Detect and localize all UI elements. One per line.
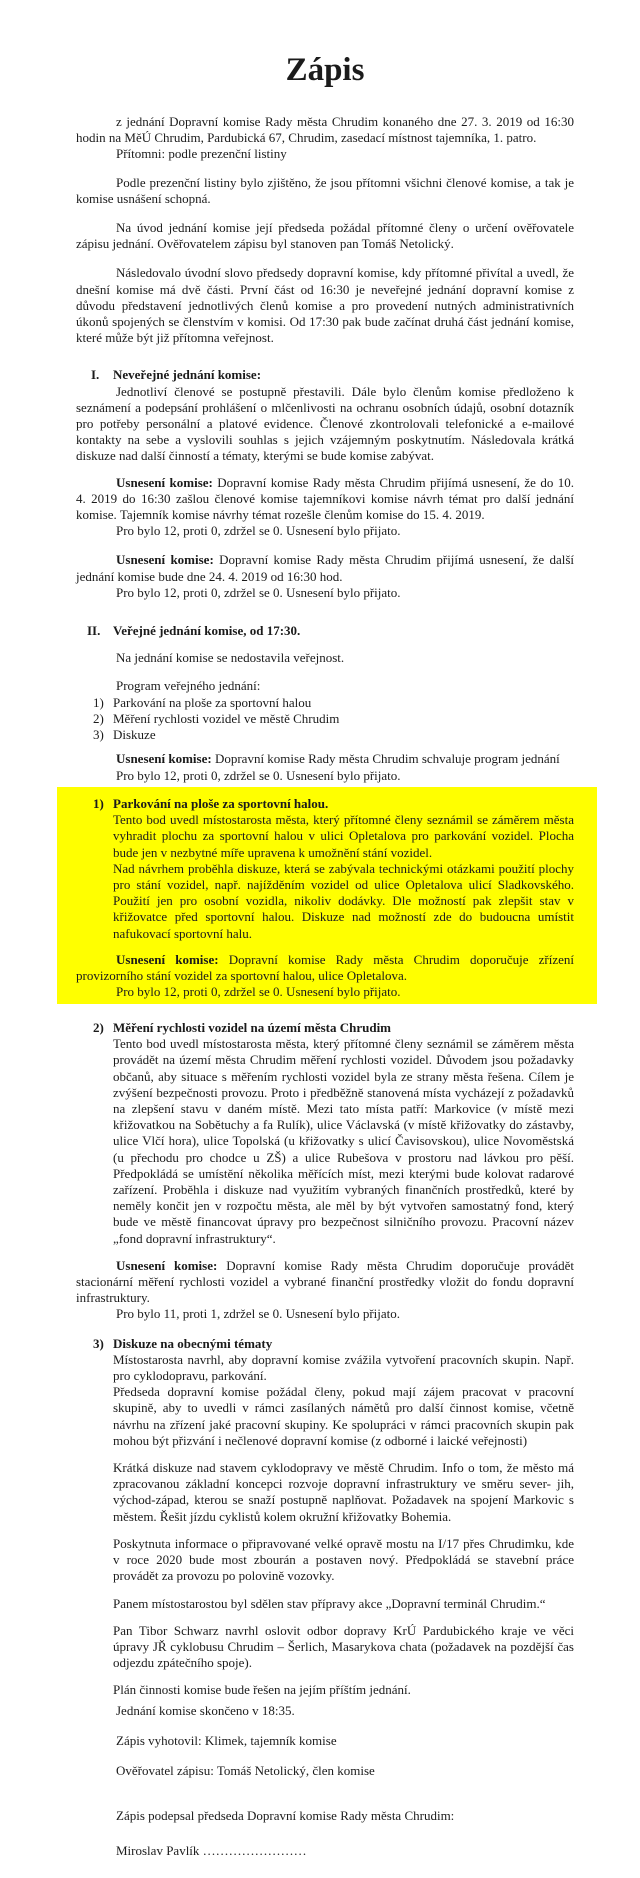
verifier-line: Ověřovatel zápisu: Tomáš Netolický, člen… <box>76 1763 574 1779</box>
resolution-label: Usnesení komise: <box>116 552 214 567</box>
quorum-paragraph: Podle prezenční listiny bylo zjištěno, ž… <box>76 175 574 207</box>
document-top-section: Zápis z jednání Dopravní komise Rady měs… <box>76 0 574 784</box>
resolution-label: Usnesení komise: <box>116 1258 217 1273</box>
agenda-item-2-resolution: Usnesení komise: Dopravní komise Rady mě… <box>76 1258 574 1307</box>
resolution-label: Usnesení komise: <box>116 475 213 490</box>
agenda-item-1-heading: 1)Parkování na ploše za sportovní halou. <box>76 796 574 812</box>
highlight-block-agenda-item-1: 1)Parkování na ploše za sportovní halou.… <box>57 787 597 1004</box>
signature-line: Miroslav Pavlík …………………… <box>76 1843 574 1859</box>
verifier-paragraph: Na úvod jednání komise její předseda pož… <box>76 220 574 252</box>
agenda-item-1-number: 1) <box>93 796 104 812</box>
agenda-item-2-heading: 2)Měření rychlosti vozidel na území měst… <box>76 1020 574 1036</box>
agenda-item-1-paragraph-1: Tento bod uvedl místostarosta města, kte… <box>113 812 574 861</box>
document-title: Zápis <box>76 50 574 90</box>
agenda-item-3-paragraph-6: Pan Tibor Schwarz navrhl oslovit odbor d… <box>113 1623 574 1672</box>
attendees-line: Přítomni: podle prezenční listiny <box>76 146 574 162</box>
signed-note-line: Zápis podepsal předseda Dopravní komise … <box>76 1808 574 1824</box>
agenda-item-2-number: 2) <box>93 1020 104 1036</box>
section-2-heading: II.Veřejné jednání komise, od 17:30. <box>76 623 574 639</box>
agenda-item-3-paragraph-2: Předseda dopravní komise požádal členy, … <box>113 1384 574 1449</box>
resolution-1-paragraph: Usnesení komise: Dopravní komise Rady mě… <box>76 475 574 524</box>
document-closing-section: Jednání komise skončeno v 18:35. Zápis v… <box>76 1703 574 1859</box>
program-item-1: 1)Parkování na ploše za sportovní halou <box>76 695 574 711</box>
agenda-item-2-paragraph: Tento bod uvedl místostarosta města, kte… <box>113 1036 574 1247</box>
agenda-item-3-number: 3) <box>93 1336 104 1352</box>
resolution-label: Usnesení komise: <box>116 952 219 967</box>
agenda-item-3-paragraph-3: Krátká diskuze nad stavem cyklodopravy v… <box>113 1460 574 1525</box>
agenda-item-1-paragraph-2: Nad návrhem proběhla diskuze, která se z… <box>113 861 574 942</box>
resolution-2-paragraph: Usnesení komise: Dopravní komise Rady mě… <box>76 552 574 584</box>
program-item-3-number: 3) <box>93 727 104 743</box>
no-public-line: Na jednání komise se nedostavila veřejno… <box>76 650 574 666</box>
agenda-item-3-paragraph-7: Plán činnosti komise bude řešen na jejím… <box>113 1682 574 1698</box>
program-item-3: 3)Diskuze <box>76 727 574 743</box>
section-1-number: I. <box>91 367 99 383</box>
scanned-minutes-page: Zápis z jednání Dopravní komise Rady měs… <box>0 0 640 1878</box>
program-item-2: 2)Měření rychlosti vozidel ve městě Chru… <box>76 711 574 727</box>
program-title: Program veřejného jednání: <box>76 678 574 694</box>
agenda-item-3-paragraph-1: Místostarosta navrhl, aby dopravní komis… <box>113 1352 574 1384</box>
document-middle-section: 2)Měření rychlosti vozidel na území měst… <box>76 1004 574 1699</box>
program-resolution-paragraph: Usnesení komise: Dopravní komise Rady mě… <box>76 751 574 767</box>
section-1-body: Jednotliví členové se postupně přestavil… <box>76 384 574 465</box>
vote-line: Pro bylo 11, proti 1, zdržel se 0. Usnes… <box>116 1306 574 1322</box>
vote-line: Pro bylo 12, proti 0, zdržel se 0. Usnes… <box>116 523 574 539</box>
vote-line: Pro bylo 12, proti 0, zdržel se 0. Usnes… <box>116 768 574 784</box>
agenda-item-3-paragraph-4: Poskytnuta informace o připravované velk… <box>113 1536 574 1585</box>
intro-paragraph: z jednání Dopravní komise Rady města Chr… <box>76 114 574 146</box>
section-1-heading: I.Neveřejné jednání komise: <box>76 367 574 383</box>
meeting-ended-line: Jednání komise skončeno v 18:35. <box>76 1703 574 1719</box>
agenda-item-3-heading: 3)Diskuze na obecnými tématy <box>76 1336 574 1352</box>
program-item-2-number: 2) <box>93 711 104 727</box>
author-line: Zápis vyhotovil: Klimek, tajemník komise <box>76 1733 574 1749</box>
agenda-item-1-resolution: Usnesení komise: Dopravní komise Rady mě… <box>76 952 574 984</box>
agenda-item-3-paragraph-5: Panem místostarostou byl sdělen stav pří… <box>113 1596 574 1612</box>
opening-paragraph: Následovalo úvodní slovo předsedy doprav… <box>76 265 574 346</box>
vote-line: Pro bylo 12, proti 0, zdržel se 0. Usnes… <box>116 585 574 601</box>
vote-line: Pro bylo 12, proti 0, zdržel se 0. Usnes… <box>116 984 574 1000</box>
resolution-label: Usnesení komise: <box>116 751 212 766</box>
section-2-number: II. <box>87 623 100 639</box>
program-item-1-number: 1) <box>93 695 104 711</box>
